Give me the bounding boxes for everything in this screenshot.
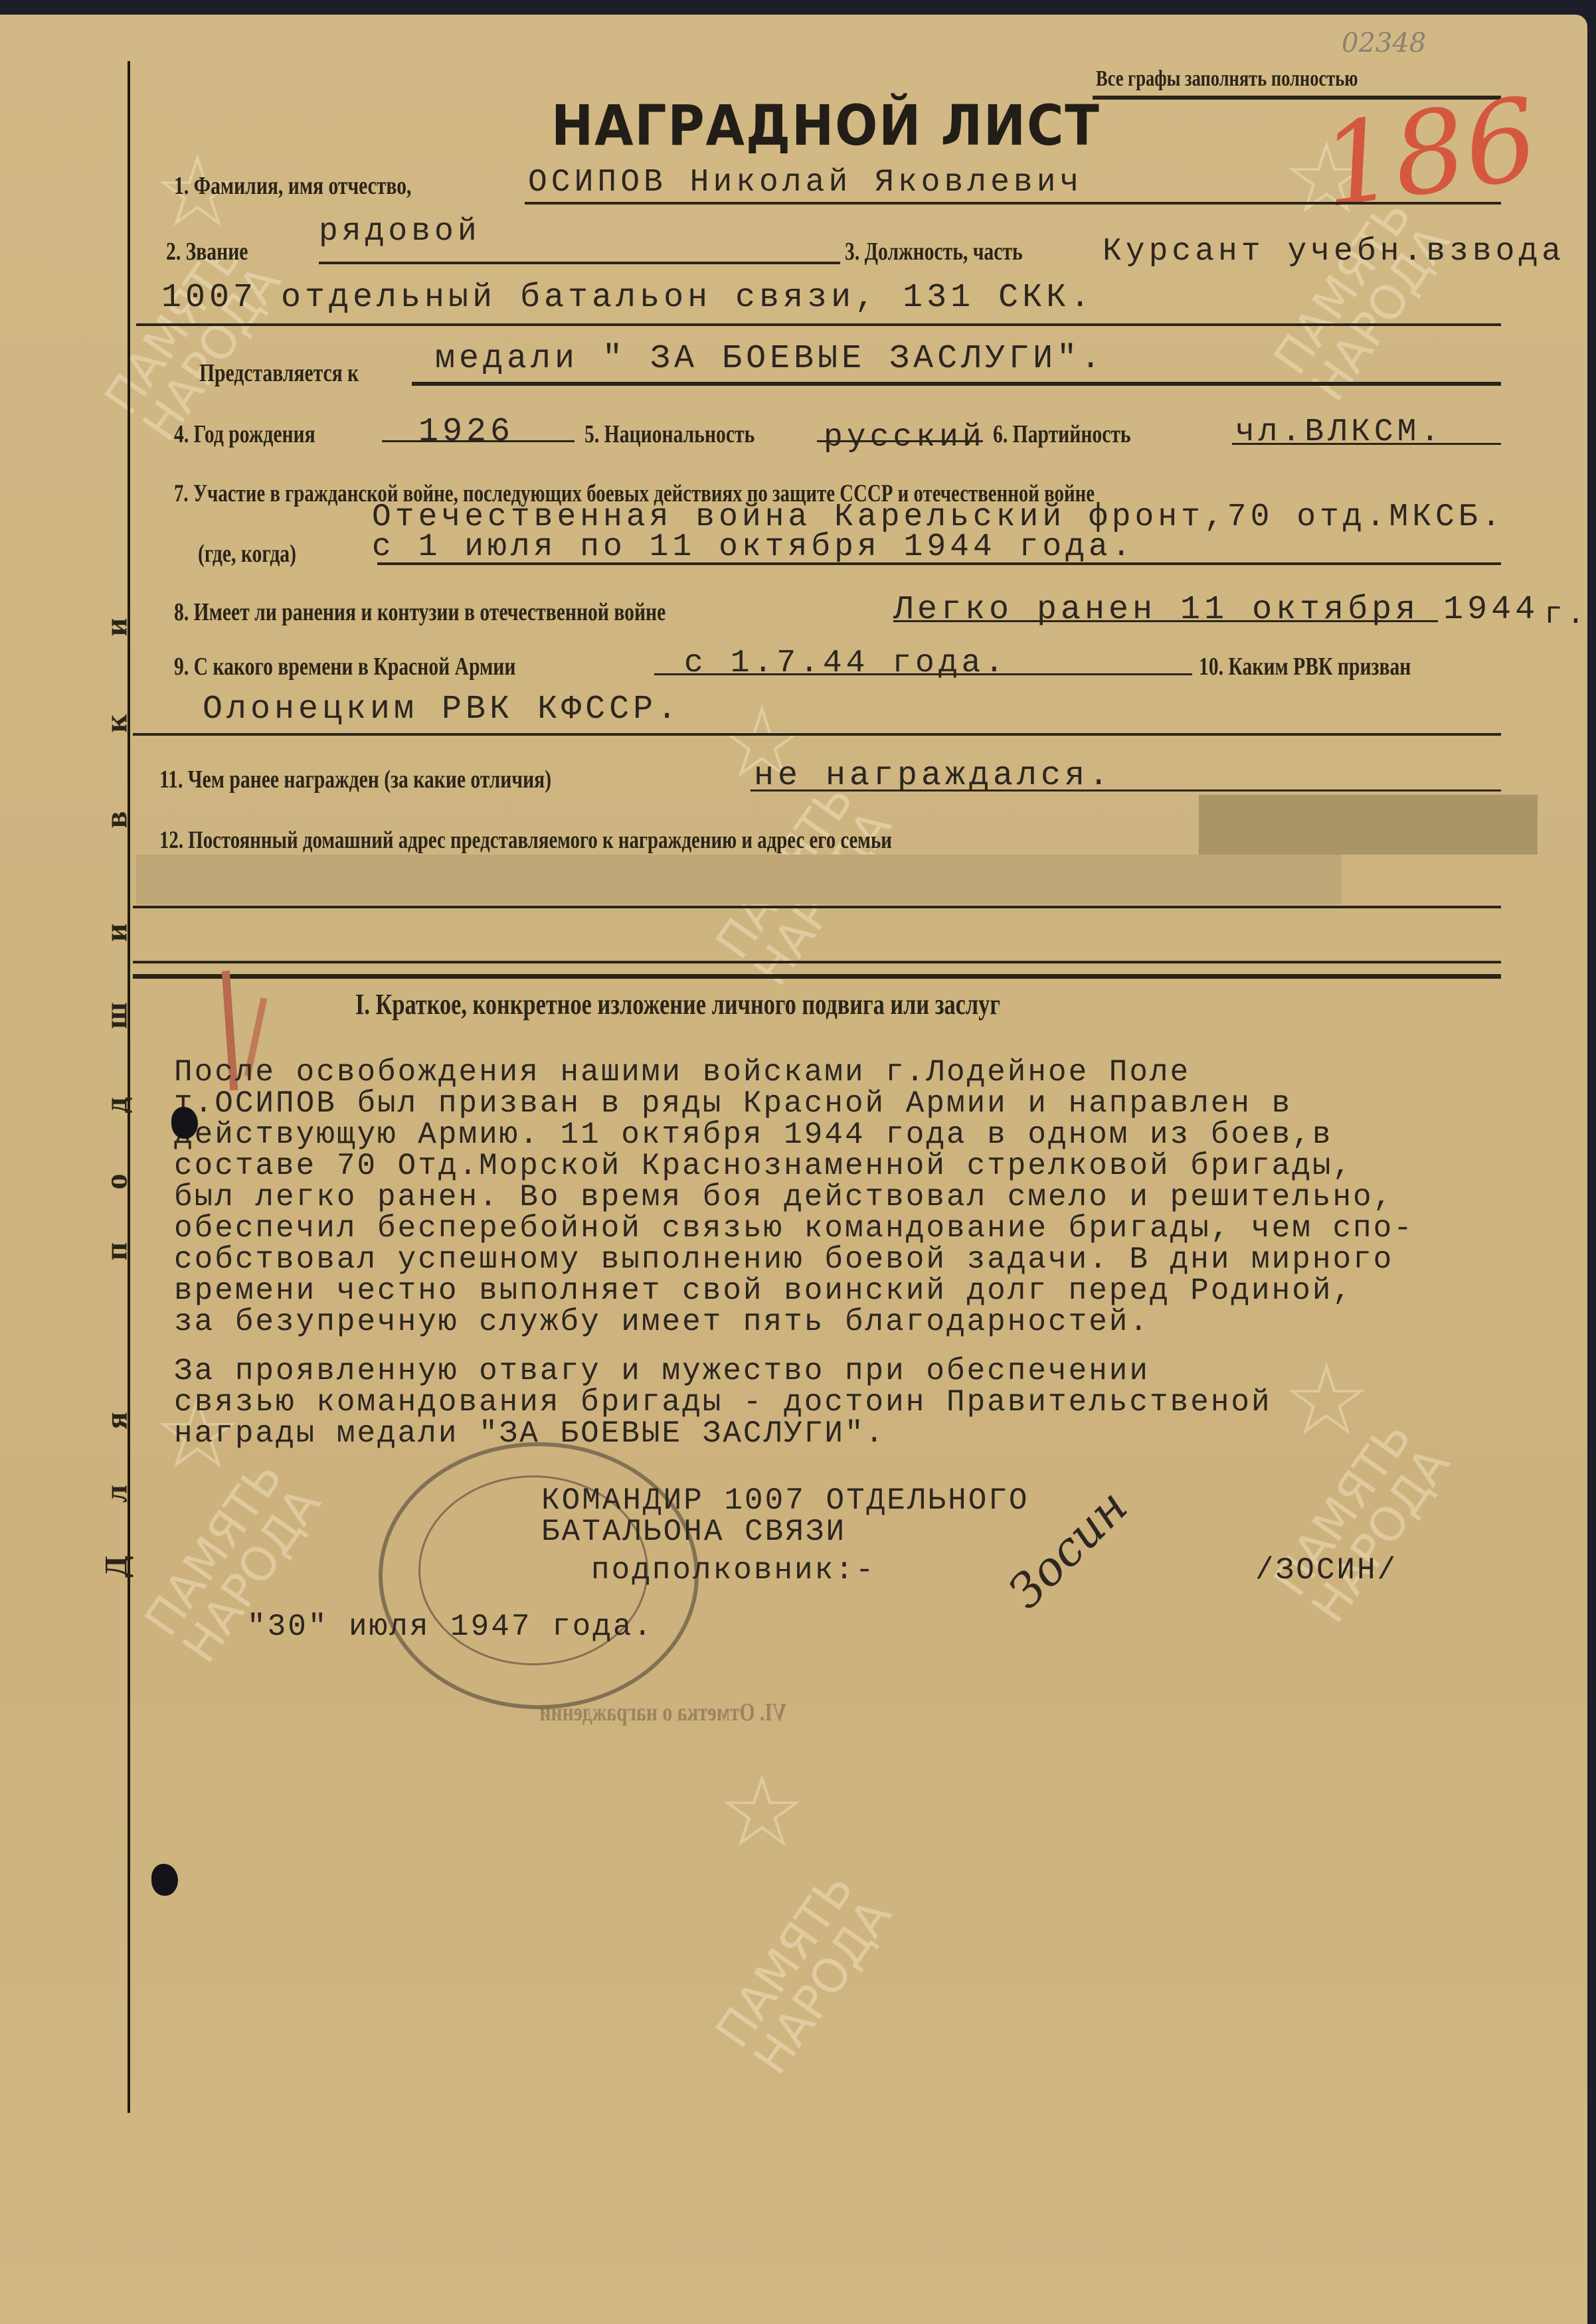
presented-award-value: медали " ЗА БОЕВЫЕ ЗАСЛУГИ". xyxy=(435,340,1105,378)
field-5-label: 5. Национальность xyxy=(584,420,754,449)
sidebar-letter: о xyxy=(98,1159,135,1205)
field-10-label: 10. Каким РВК призван xyxy=(1199,652,1411,681)
text-line: собствовал успешному выполнению боевой з… xyxy=(174,1244,1414,1276)
field-7-line xyxy=(377,562,1501,565)
full-name-value: ОСИПОВ Николай Яковлевич xyxy=(528,165,1083,201)
text-line: за безупречную службу имеет пять благода… xyxy=(174,1307,1414,1338)
field-9-label: 9. С какого времени в Красной Армии xyxy=(174,652,515,681)
field-3-label: 3. Должность, часть xyxy=(845,237,1023,266)
field-5-line xyxy=(817,440,983,442)
sidebar-letter: к xyxy=(98,701,135,747)
field-8-label: 8. Имеет ли ранения и контузии в отечест… xyxy=(174,598,665,627)
merit-description: После освобождения нашими войсками г.Лод… xyxy=(174,1057,1414,1338)
text-line: составе 70 Отд.Морской Краснознаменной с… xyxy=(174,1151,1414,1182)
text-line: За проявленную отвагу и мужество при обе… xyxy=(174,1356,1272,1387)
wounds-value: Легко ранен 11 октября 1944 xyxy=(893,591,1539,629)
sidebar-letter: д xyxy=(98,1082,135,1129)
award-sheet: ☆ ПАМЯТЬНАРОДА ☆ ПАМЯТЬНАРОДА ☆ ПАМЯТЬНА… xyxy=(0,15,1587,2324)
participation-value-line2: с 1 июля по 11 октября 1944 года. xyxy=(372,529,1135,565)
sidebar-letter: Д xyxy=(98,1544,135,1590)
section-separator xyxy=(133,974,1501,979)
document-title: НАГРАДНОЙ ЛИСТ xyxy=(551,93,1101,158)
commander-title-line1: КОМАНДИР 1007 ОТДЕЛЬНОГО xyxy=(541,1485,1029,1517)
rank-value: рядовой xyxy=(319,214,481,250)
archive-number: 02348 xyxy=(1342,28,1426,58)
bleed-through-text: VI. Отметка о награждении xyxy=(539,1698,786,1727)
field-8-line xyxy=(893,620,1438,622)
draft-office-value: Олонецким РВК КФССР. xyxy=(203,691,681,728)
sidebar-letter: в xyxy=(98,797,135,843)
text-line: времени честно выполняет свой воинский д… xyxy=(174,1276,1414,1307)
field-3-line xyxy=(136,323,1501,326)
commander-name: /ЗОСИН/ xyxy=(1255,1555,1397,1586)
sidebar-letter: и xyxy=(98,604,135,651)
punch-hole xyxy=(151,1864,178,1896)
unit-value: 1007 отдельный батальон связи, 131 СКК. xyxy=(161,279,1094,317)
field-11-line xyxy=(751,789,1501,791)
presented-line xyxy=(412,382,1501,386)
birth-year-value: 1926 xyxy=(418,413,514,451)
sidebar-letter: п xyxy=(98,1228,135,1275)
text-line: связью командования бригады - достоин Пр… xyxy=(174,1387,1272,1418)
field-7-sublabel: (где, когда) xyxy=(198,539,296,568)
commander-rank: подполковник:- xyxy=(591,1555,875,1586)
field-1-line xyxy=(525,202,1501,205)
punch-hole xyxy=(171,1107,198,1139)
redacted-address xyxy=(136,855,1342,904)
field-9-line xyxy=(654,673,1192,675)
commander-title-line2: БАТАЛЬОНА СВЯЗИ xyxy=(541,1517,846,1548)
field-6-line xyxy=(1232,443,1501,445)
watermark-star-icon: ☆ xyxy=(717,1754,806,1870)
text-line: награды медали "ЗА БОЕВЫЕ ЗАСЛУГИ". xyxy=(174,1418,1272,1450)
section-separator xyxy=(133,961,1501,963)
army-since-value: с 1.7.44 года. xyxy=(684,645,1008,681)
field-12-label: 12. Постоянный домашний адрес представля… xyxy=(159,826,892,855)
redacted-address xyxy=(1199,795,1538,855)
text-line: был легко ранен. Во время боя действовал… xyxy=(174,1182,1414,1213)
text-line: действующую Армию. 11 октября 1944 года … xyxy=(174,1120,1414,1151)
field-11-label: 11. Чем ранее награжден (за какие отличи… xyxy=(159,765,551,794)
field-4-line xyxy=(382,440,575,442)
sidebar-letter: и xyxy=(98,910,135,956)
text-line: т.ОСИПОВ был призван в ряды Красной Арми… xyxy=(174,1088,1414,1120)
field-1-label: 1. Фамилия, имя отчество, xyxy=(174,171,411,201)
field-10-line xyxy=(133,733,1501,736)
section-heading: I. Краткое, конкретное изложение личного… xyxy=(355,987,1000,1021)
field-6-label: 6. Партийность xyxy=(993,420,1131,449)
sidebar-letter: я xyxy=(98,1398,135,1444)
instruction-note: Все графы заполнять полностью xyxy=(1096,66,1358,92)
field-8-suffix: г. xyxy=(1544,598,1589,632)
nationality-value: русский xyxy=(824,420,986,456)
field-2-line xyxy=(319,262,840,264)
text-line: После освобождения нашими войсками г.Лод… xyxy=(174,1057,1414,1088)
field-2-label: 2. Звание xyxy=(166,237,248,266)
sidebar-letter: л xyxy=(98,1471,135,1517)
recommendation-text: За проявленную отвагу и мужество при обе… xyxy=(174,1356,1272,1450)
field-4-label: 4. Год рождения xyxy=(174,420,315,449)
text-line: обеспечил бесперебойной связью командова… xyxy=(174,1213,1414,1244)
presented-label: Представляется к xyxy=(199,359,359,388)
watermark: ПАМЯТЬНАРОДА xyxy=(709,1865,899,2082)
sidebar-letter: ш xyxy=(98,993,135,1039)
document-date: "30" июля 1947 года. xyxy=(247,1612,654,1643)
field-12-line xyxy=(133,906,1501,908)
position-value: Курсант учебн.взвода xyxy=(1103,234,1565,270)
